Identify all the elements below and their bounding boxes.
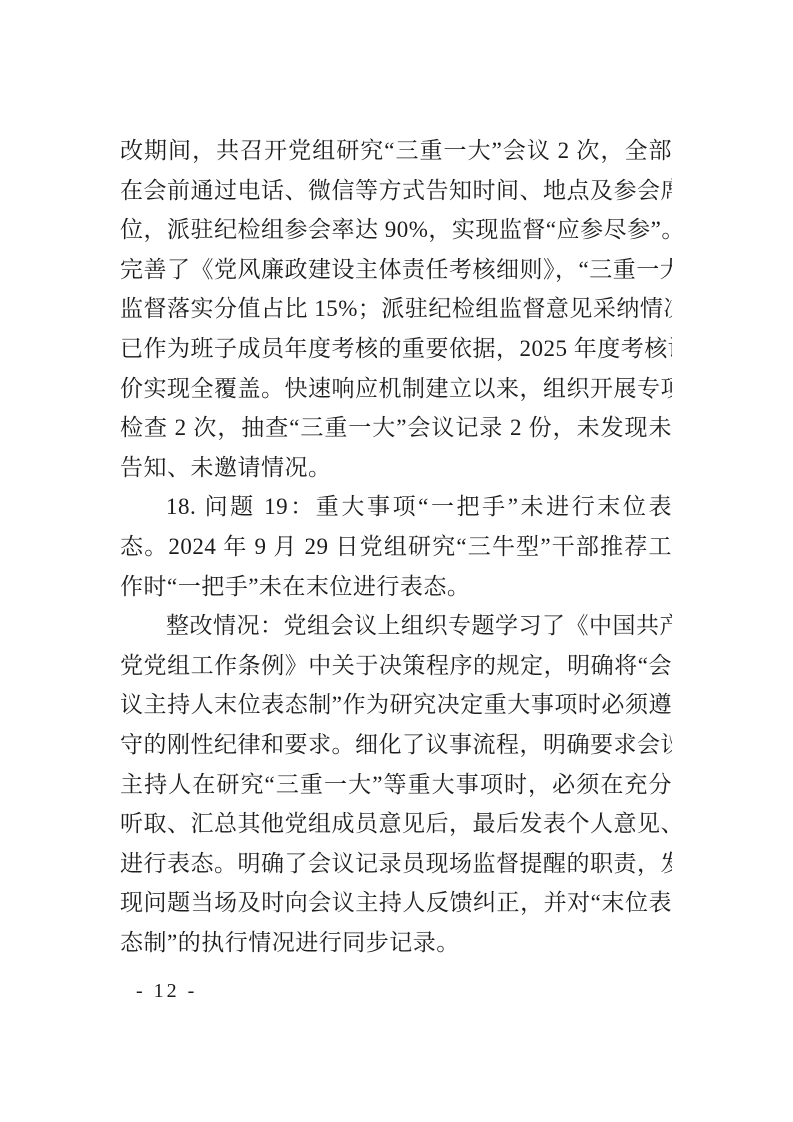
- text-line: 价实现全覆盖。快速响应机制建立以来，组织开展专项: [120, 369, 672, 409]
- text-line: 完善了《党风廉政建设主体责任考核细则》，“三重一大”: [120, 250, 672, 290]
- text-line: 守的刚性纪律和要求。细化了议事流程，明确要求会议: [120, 725, 672, 765]
- text-line: 整改情况：党组会议上组织专题学习了《中国共产: [120, 606, 672, 646]
- text-line: 进行表态。明确了会议记录员现场监督提醒的职责，发: [120, 844, 672, 884]
- text-line: 现问题当场及时向会议主持人反馈纠正，并对“末位表: [120, 883, 672, 923]
- text-line: 已作为班子成员年度考核的重要依据，2025 年度考核评: [120, 329, 672, 369]
- document-page: 改期间，共召开党组研究“三重一大”会议 2 次，全部 在会前通过电话、微信等方式…: [0, 0, 793, 1122]
- text-line: 作时“一把手”未在末位进行表态。: [120, 567, 672, 607]
- text-line: 检查 2 次，抽查“三重一大”会议记录 2 份，未发现未: [120, 408, 672, 448]
- text-line: 监督落实分值占比 15%；派驻纪检组监督意见采纳情况: [120, 289, 672, 329]
- text-line: 态。2024 年 9 月 29 日党组研究“三牛型”干部推荐工: [120, 527, 672, 567]
- text-line: 听取、汇总其他党组成员意见后，最后发表个人意见、: [120, 804, 672, 844]
- paragraph-rectification-continued: 改期间，共召开党组研究“三重一大”会议 2 次，全部 在会前通过电话、微信等方式…: [120, 131, 672, 487]
- text-line: 18. 问题 19：重大事项“一把手”未进行末位表: [120, 487, 672, 527]
- page-number: - 12 -: [136, 980, 197, 1003]
- text-line: 告知、未邀请情况。: [120, 448, 672, 488]
- text-line: 位，派驻纪检组参会率达 90%，实现监督“应参尽参”。: [120, 210, 672, 250]
- text-line: 主持人在研究“三重一大”等重大事项时，必须在充分: [120, 765, 672, 805]
- body-text: 改期间，共召开党组研究“三重一大”会议 2 次，全部 在会前通过电话、微信等方式…: [120, 131, 672, 962]
- text-line: 党党组工作条例》中关于决策程序的规定，明确将“会: [120, 646, 672, 686]
- text-line: 在会前通过电话、微信等方式告知时间、地点及参会席: [120, 171, 672, 211]
- paragraph-issue-19: 18. 问题 19：重大事项“一把手”未进行末位表 态。2024 年 9 月 2…: [120, 487, 672, 606]
- text-line: 改期间，共召开党组研究“三重一大”会议 2 次，全部: [120, 131, 672, 171]
- paragraph-rectification-status: 整改情况：党组会议上组织专题学习了《中国共产 党党组工作条例》中关于决策程序的规…: [120, 606, 672, 962]
- text-line: 议主持人末位表态制”作为研究决定重大事项时必须遵: [120, 685, 672, 725]
- text-line: 态制”的执行情况进行同步记录。: [120, 923, 672, 963]
